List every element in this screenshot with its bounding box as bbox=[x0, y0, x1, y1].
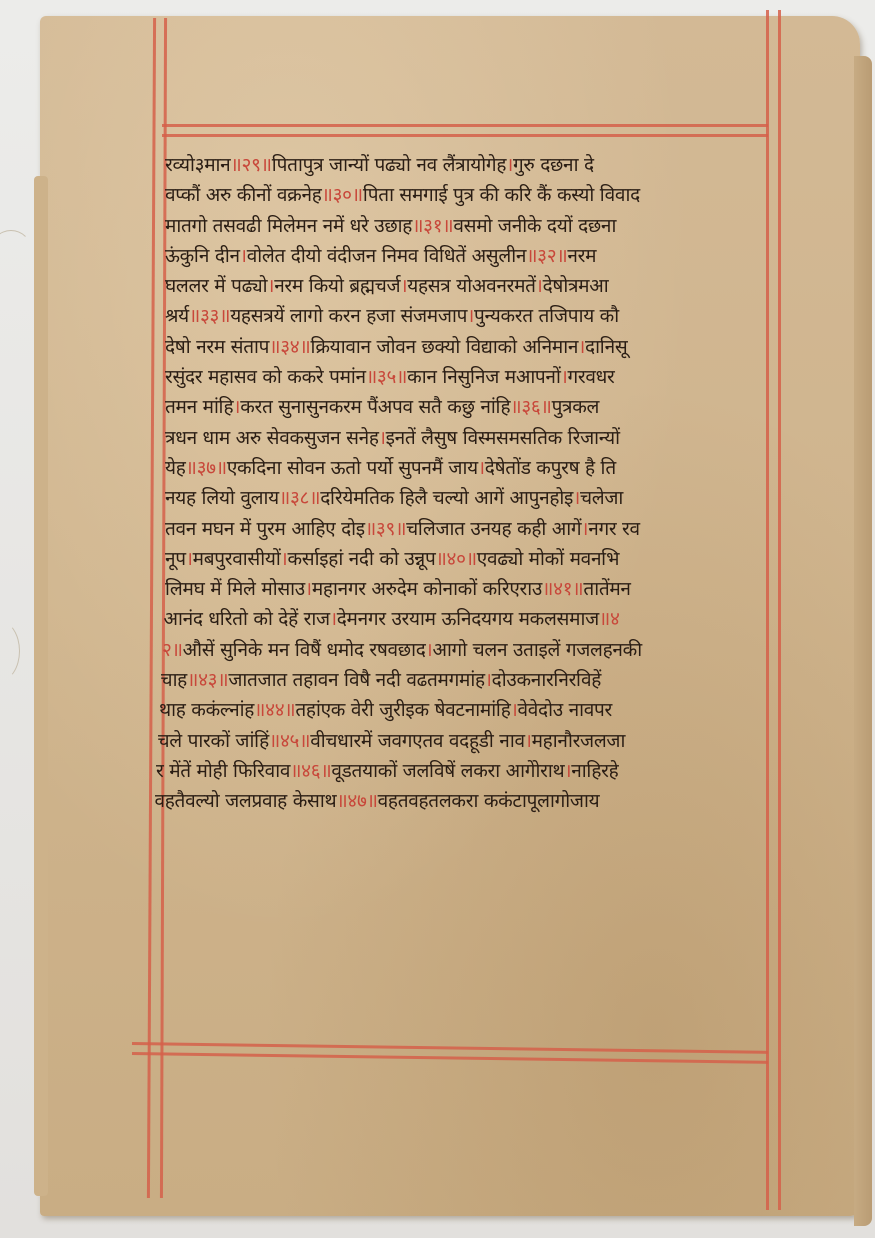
text-segment: येह bbox=[165, 457, 186, 479]
text-segment: तमन मांहि bbox=[165, 396, 233, 418]
text-segment: वसमो जनीके दयों दछना bbox=[453, 215, 616, 237]
text-line: नयह लियो वुलाय॥३८॥दरियेमतिक हिलै चल्यो आ… bbox=[165, 483, 795, 513]
text-segment: महानौरजलजा bbox=[532, 730, 626, 752]
text-segment: महानगर अरुदेम कोनाकों करिएराउ bbox=[312, 578, 542, 600]
manuscript-text: रव्यो३मान॥२९॥पितापुत्र जान्यों पढ्यो नव … bbox=[165, 150, 795, 817]
text-segment: थाह ककंल्नांह bbox=[159, 699, 254, 721]
text-segment: पिता समगाई पुत्र की करि कैं कस्यो विवाद bbox=[363, 184, 640, 206]
text-segment: तवन मघन में पुरम आहिए दोइ bbox=[165, 518, 365, 540]
text-segment: र मेंतें मोही फिरिवाव bbox=[156, 760, 290, 782]
text-segment: नगर रव bbox=[588, 518, 640, 540]
text-segment: क्रियावान जोवन छक्यो विद्याको अनिमान bbox=[310, 336, 578, 358]
verse-marker: २॥ bbox=[162, 639, 183, 661]
text-segment: आनंद धरितो को देहें राज bbox=[164, 608, 330, 630]
verse-marker: ॥४४॥ bbox=[254, 699, 295, 721]
verse-marker: ॥४५॥ bbox=[269, 730, 310, 752]
verse-marker: । bbox=[573, 487, 580, 509]
text-line: तमन मांहि।करत सुनासुनकरम पैंअपव सतै कछु … bbox=[165, 392, 795, 422]
text-segment: यहसत्रयें लागो करन हजा संजमजाप bbox=[230, 305, 467, 327]
text-line: मातगो तसवढी मिलेमन नमें धरे उछाह॥३१॥वसमो… bbox=[165, 211, 795, 241]
text-segment: औसें सुनिके मन विषैं धमोद रषवछाद bbox=[183, 639, 426, 661]
text-segment: श्रर्य bbox=[165, 305, 189, 327]
text-segment: नाहिरहे bbox=[571, 760, 618, 782]
text-segment: इनतें लैसुष विस्मसमसतिक रिजान्यों bbox=[386, 427, 620, 449]
text-segment: नयह लियो वुलाय bbox=[165, 487, 279, 509]
verse-marker: । bbox=[578, 336, 585, 358]
text-segment: वहतवहतलकरा ककंटापूलागोजाय bbox=[378, 790, 600, 812]
verse-marker: । bbox=[525, 730, 532, 752]
verse-marker: । bbox=[305, 578, 312, 600]
text-segment: कर्साइहां नदी को उन्नूप bbox=[287, 548, 435, 570]
verse-marker: । bbox=[478, 457, 485, 479]
text-segment: देषेतोंड कपुरष है ति bbox=[485, 457, 616, 479]
verse-marker: ॥३३॥ bbox=[189, 305, 230, 327]
text-line: लिमघ में मिले मोसाउ।महानगर अरुदेम कोनाको… bbox=[165, 574, 795, 604]
page-edge-stack bbox=[854, 56, 872, 1226]
verse-marker: । bbox=[240, 245, 247, 267]
text-segment: दोउकनारनिरविहें bbox=[492, 669, 601, 691]
text-line: नूप।मबपुरवासीयों।कर्साइहां नदी को उन्नूप… bbox=[165, 544, 795, 574]
verse-marker: ॥३१॥ bbox=[412, 215, 453, 237]
verse-marker: । bbox=[467, 305, 474, 327]
verse-marker: ॥३२॥ bbox=[526, 245, 567, 267]
verse-marker: ॥४ bbox=[599, 608, 620, 630]
text-line: वप्कौं अरु कीनों वक्रनेह॥३०॥पिता समगाई प… bbox=[165, 180, 795, 210]
text-segment: चले पारकों जांहिं bbox=[158, 730, 269, 752]
text-segment: वेवेदोउ नावपर bbox=[517, 699, 611, 721]
text-segment: चलेजा bbox=[580, 487, 623, 509]
verse-marker: ॥३५॥ bbox=[366, 366, 407, 388]
text-segment: पितापुत्र जान्यों पढ्यो नव लैंत्रायोगेह bbox=[272, 154, 506, 176]
text-segment: नरम कियो ब्रह्मचर्ज bbox=[274, 275, 400, 297]
text-line: चाह॥४३॥जातजात तहावन विषै नदी वढतमगमांह।द… bbox=[161, 665, 796, 695]
text-segment: रसुंदर महासव को ककरे पमांन bbox=[165, 366, 366, 388]
text-segment: देषो नरम संताप bbox=[165, 336, 269, 358]
text-segment: देषोत्रमआ bbox=[543, 275, 609, 297]
text-segment: मातगो तसवढी मिलेमन नमें धरे उछाह bbox=[165, 215, 412, 237]
text-segment: मबपुरवासीयों bbox=[193, 548, 281, 570]
text-line: थाह ककंल्नांह॥४४॥तहांएक वेरी जुरीइक षेवट… bbox=[159, 695, 795, 725]
verse-marker: । bbox=[379, 427, 386, 449]
text-segment: पुन्यकरत तजिपाय कौ bbox=[474, 305, 619, 327]
top-rule-lower bbox=[162, 134, 768, 137]
text-segment: नूप bbox=[165, 548, 186, 570]
text-line: देषो नरम संताप॥३४॥क्रियावान जोवन छक्यो व… bbox=[165, 332, 795, 362]
verse-marker: ॥३०॥ bbox=[322, 184, 363, 206]
text-segment: वहतैवल्यो जलप्रवाह केसाथ bbox=[155, 790, 337, 812]
text-segment: वीचधारमें जवगएतव वदहूडी नाव bbox=[310, 730, 525, 752]
text-line: २॥औसें सुनिके मन विषैं धमोद रषवछाद।आगो च… bbox=[162, 635, 795, 665]
text-segment: त्रधन धाम अरु सेवकसुजन सनेह bbox=[165, 427, 379, 449]
text-line: त्रधन धाम अरु सेवकसुजन सनेह।इनतें लैसुष … bbox=[165, 423, 795, 453]
text-segment: आगो चलन उताइलें गजलहनकी bbox=[432, 639, 641, 661]
text-line: रव्यो३मान॥२९॥पितापुत्र जान्यों पढ्यो नव … bbox=[165, 150, 795, 180]
text-segment: दानिसू bbox=[585, 336, 627, 358]
text-segment: यहसत्र योअवनरमतें bbox=[407, 275, 535, 297]
text-line: ऊंकुनि दीन।वोलेत दीयो वंदीजन निमव विधिते… bbox=[165, 241, 795, 271]
text-segment: वोलेत दीयो वंदीजन निमव विधितें असुलीन bbox=[247, 245, 526, 267]
verse-marker: ॥२९॥ bbox=[230, 154, 271, 176]
text-segment: करत सुनासुनकरम पैंअपव सतै कछु नांहि bbox=[240, 396, 510, 418]
verse-marker: ॥४६॥ bbox=[290, 760, 331, 782]
verse-marker: । bbox=[186, 548, 193, 570]
text-segment: पुत्रकल bbox=[552, 396, 600, 418]
text-line: तवन मघन में पुरम आहिए दोइ॥३९॥चलिजात उनयह… bbox=[165, 514, 795, 544]
verse-marker: ॥३६॥ bbox=[510, 396, 551, 418]
verse-marker: । bbox=[506, 154, 513, 176]
verse-marker: ॥४१॥ bbox=[542, 578, 583, 600]
text-segment: कान निसुनिज मआपनों bbox=[407, 366, 560, 388]
text-line: येह॥३७॥एकदिना सोवन ऊतो पर्यो सुपनमैं जाय… bbox=[165, 453, 795, 483]
text-segment: चलिजात उनयह कही आगें bbox=[406, 518, 581, 540]
text-line: श्रर्य॥३३॥यहसत्रयें लागो करन हजा संजमजाप… bbox=[165, 301, 795, 331]
text-segment: नरम bbox=[567, 245, 596, 267]
verse-marker: ॥३४॥ bbox=[269, 336, 310, 358]
text-segment: चाह bbox=[161, 669, 187, 691]
text-line: र मेंतें मोही फिरिवाव॥४६॥वूडतयाकों जलविष… bbox=[156, 756, 795, 786]
text-line: आनंद धरितो को देहें राज।देमनगर उरयाम ऊनि… bbox=[164, 604, 796, 634]
text-segment: जातजात तहावन विषै नदी वढतमगमांह bbox=[228, 669, 484, 691]
text-segment: दरियेमतिक हिलै चल्यो आगें आपुनहोइ bbox=[320, 487, 573, 509]
verse-marker: ॥४०॥ bbox=[435, 548, 476, 570]
text-segment: एवढ्यो मोकों मवनभि bbox=[477, 548, 619, 570]
text-segment: तातेंमन bbox=[583, 578, 630, 600]
text-line: चले पारकों जांहिं॥४५॥वीचधारमें जवगएतव वद… bbox=[158, 726, 796, 756]
verse-marker: ॥३७॥ bbox=[186, 457, 227, 479]
verse-marker: ॥३८॥ bbox=[279, 487, 320, 509]
text-segment: तहांएक वेरी जुरीइक षेवटनामांहि bbox=[295, 699, 510, 721]
text-segment: गुरु दछना दे bbox=[513, 154, 594, 176]
text-segment: लिमघ में मिले मोसाउ bbox=[165, 578, 305, 600]
verse-marker: । bbox=[485, 669, 492, 691]
verse-marker: । bbox=[561, 366, 568, 388]
text-segment: देमनगर उरयाम ऊनिदयगय मकलसमाज bbox=[337, 608, 599, 630]
verse-marker: ॥४७॥ bbox=[336, 790, 377, 812]
text-line: वहतैवल्यो जलप्रवाह केसाथ॥४७॥वहतवहतलकरा क… bbox=[155, 786, 796, 816]
text-segment: एकदिना सोवन ऊतो पर्यो सुपनमैं जाय bbox=[227, 457, 478, 479]
text-segment: गरवधर bbox=[568, 366, 615, 388]
text-segment: वप्कौं अरु कीनों वक्रनेह bbox=[165, 184, 322, 206]
top-rule-upper bbox=[162, 124, 768, 127]
text-segment: ऊंकुनि दीन bbox=[165, 245, 240, 267]
text-segment: वूडतयाकों जलविषें लकरा आगेोराथ bbox=[331, 760, 564, 782]
verse-marker: । bbox=[536, 275, 543, 297]
verse-marker: ॥३९॥ bbox=[365, 518, 406, 540]
verse-marker: ॥४३॥ bbox=[187, 669, 228, 691]
verse-marker: । bbox=[330, 608, 337, 630]
text-line: रसुंदर महासव को ककरे पमांन॥३५॥कान निसुनि… bbox=[165, 362, 795, 392]
text-segment: रव्यो३मान bbox=[165, 154, 230, 176]
text-segment: घललर में पढ्यो bbox=[165, 275, 267, 297]
text-line: घललर में पढ्यो।नरम कियो ब्रह्मचर्ज।यहसत्… bbox=[165, 271, 795, 301]
